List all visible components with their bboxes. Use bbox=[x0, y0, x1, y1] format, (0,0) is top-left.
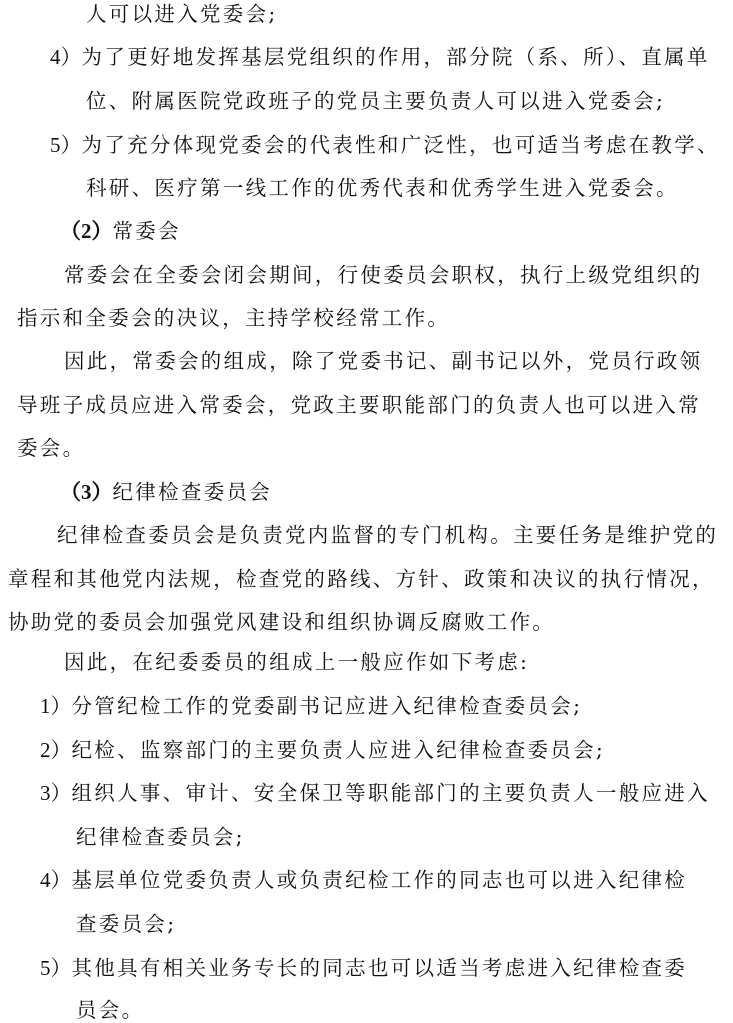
line-text: 导班子成员应进入常委会，党政主要职能部门的负责人也可以进入常 bbox=[17, 393, 701, 417]
paragraph-line: 常委会在全委会闭会期间，行使委员会职权，执行上级党组织的 bbox=[64, 261, 702, 289]
list-number: 5） bbox=[50, 133, 82, 157]
line-text: 组织人事、审计、安全保卫等职能部门的主要负责人一般应进入 bbox=[72, 781, 710, 805]
section-heading: （2）常委会 bbox=[60, 217, 181, 245]
line-text: 纪律检查委员会是负责党内监督的专门机构。主要任务是维护党的 bbox=[57, 523, 718, 547]
paragraph-line: 科研、医疗第一线工作的优秀代表和优秀学生进入党委会。 bbox=[86, 174, 679, 202]
list-item-line: 4）为了更好地发挥基层党组织的作用，部分院（系、所）、直属单 bbox=[50, 43, 710, 71]
line-text: 员会。 bbox=[76, 998, 144, 1022]
paragraph-line: 纪律检查委员会; bbox=[76, 823, 245, 851]
paragraph-line: 位、附属医院党政班子的党员主要负责人可以进入党委会; bbox=[86, 87, 665, 115]
list-item-line: 5）其他具有相关业务专长的同志也可以适当考虑进入纪律检查委 bbox=[40, 954, 687, 982]
paragraph-line: 查委员会; bbox=[76, 910, 176, 938]
paragraph-line: 因此，常委会的组成，除了党委书记、副书记以外，党员行政领 bbox=[64, 347, 702, 375]
list-number: 3） bbox=[40, 781, 72, 805]
line-text: 常委会 bbox=[113, 219, 181, 243]
list-item-line: 1）分管纪检工作的党委副书记应进入纪律检查委员会; bbox=[40, 692, 582, 720]
paragraph-line: 因此，在纪委委员的组成上一般应作如下考虑: bbox=[64, 648, 529, 676]
list-item-line: 3）组织人事、审计、安全保卫等职能部门的主要负责人一般应进入 bbox=[40, 779, 710, 807]
paragraph-line: 人可以进入党委会; bbox=[86, 0, 278, 28]
line-text: 纪律检查委员会 bbox=[113, 480, 273, 504]
line-text: 人可以进入党委会; bbox=[86, 2, 278, 26]
list-item-line: 5）为了充分体现党委会的代表性和广泛性，也可适当考虑在教学、 bbox=[50, 131, 720, 159]
line-text: 因此，在纪委委员的组成上一般应作如下考虑: bbox=[64, 650, 529, 674]
paragraph-line: 章程和其他党内法规，检查党的路线、方针、政策和决议的执行情况， bbox=[8, 565, 715, 593]
paragraph-line: 协助党的委员会加强党风建设和组织协调反腐败工作。 bbox=[8, 608, 555, 636]
paragraph-line: 委会。 bbox=[17, 434, 85, 462]
heading-number: （3） bbox=[60, 480, 113, 504]
line-text: 因此，常委会的组成，除了党委书记、副书记以外，党员行政领 bbox=[64, 349, 702, 373]
line-text: 指示和全委会的决议，主持学校经常工作。 bbox=[17, 306, 450, 330]
list-item-line: 4）基层单位党委负责人或负责纪检工作的同志也可以进入纪律检 bbox=[40, 866, 687, 894]
line-text: 章程和其他党内法规，检查党的路线、方针、政策和决议的执行情况， bbox=[8, 567, 715, 591]
list-number: 1） bbox=[40, 694, 72, 718]
paragraph-line: 指示和全委会的决议，主持学校经常工作。 bbox=[17, 304, 450, 332]
line-text: 委会。 bbox=[17, 436, 85, 460]
paragraph-line: 导班子成员应进入常委会，党政主要职能部门的负责人也可以进入常 bbox=[17, 391, 701, 419]
line-text: 纪律检查委员会; bbox=[76, 825, 245, 849]
line-text: 纪检、监察部门的主要负责人应进入纪律检查委员会; bbox=[72, 738, 606, 762]
list-item-line: 2）纪检、监察部门的主要负责人应进入纪律检查委员会; bbox=[40, 736, 605, 764]
section-heading: （3）纪律检查委员会 bbox=[60, 478, 272, 506]
line-text: 协助党的委员会加强党风建设和组织协调反腐败工作。 bbox=[8, 610, 555, 634]
line-text: 科研、医疗第一线工作的优秀代表和优秀学生进入党委会。 bbox=[86, 176, 679, 200]
line-text: 为了充分体现党委会的代表性和广泛性，也可适当考虑在教学、 bbox=[82, 133, 720, 157]
line-text: 为了更好地发挥基层党组织的作用，部分院（系、所）、直属单 bbox=[82, 45, 710, 69]
list-number: 4） bbox=[40, 868, 72, 892]
heading-number: （2） bbox=[60, 219, 113, 243]
line-text: 查委员会; bbox=[76, 912, 176, 936]
line-text: 其他具有相关业务专长的同志也可以适当考虑进入纪律检查委 bbox=[72, 956, 688, 980]
list-number: 5） bbox=[40, 956, 72, 980]
list-number: 4） bbox=[50, 45, 82, 69]
paragraph-line: 纪律检查委员会是负责党内监督的专门机构。主要任务是维护党的 bbox=[57, 521, 718, 549]
list-number: 2） bbox=[40, 738, 72, 762]
paragraph-line: 员会。 bbox=[76, 996, 144, 1023]
line-text: 分管纪检工作的党委副书记应进入纪律检查委员会; bbox=[72, 694, 583, 718]
line-text: 基层单位党委负责人或负责纪检工作的同志也可以进入纪律检 bbox=[72, 868, 688, 892]
line-text: 常委会在全委会闭会期间，行使委员会职权，执行上级党组织的 bbox=[64, 263, 702, 287]
line-text: 位、附属医院党政班子的党员主要负责人可以进入党委会; bbox=[86, 89, 665, 113]
